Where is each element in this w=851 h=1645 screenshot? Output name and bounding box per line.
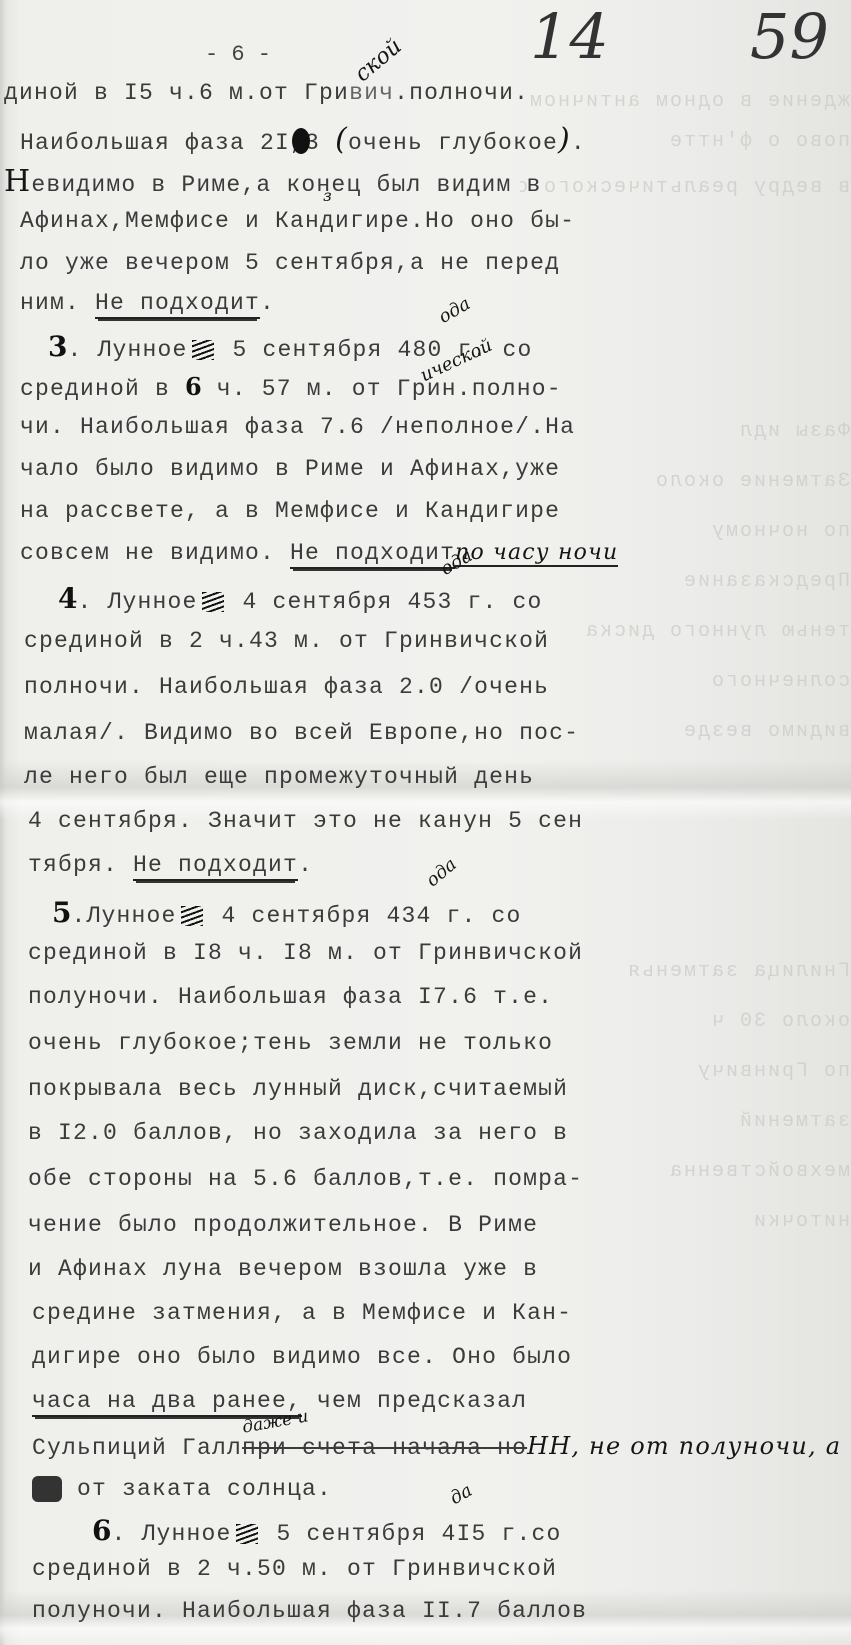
text-line: срединой в I8 ч. I8 м. от Гринвичской xyxy=(28,940,583,966)
text-line: ле него был еще промежуточный день xyxy=(24,764,534,790)
strikeout-scribble xyxy=(236,1524,258,1544)
text-line: очень глубокое;тень земли не только xyxy=(28,1030,553,1056)
bleed-through-text: затмений xyxy=(520,1110,850,1133)
text-line: дигире оно было видимо все. Оно было xyxy=(32,1344,572,1370)
text-line: ни от заката солнца. xyxy=(32,1476,332,1502)
text-line: чало было видимо в Риме и Афинах,уже xyxy=(20,456,560,482)
text-line: срединой в 2 ч.50 м. от Гринвичской xyxy=(32,1556,557,1582)
text-line: обе стороны на 5.6 баллов,т.е. помра- xyxy=(28,1166,583,1192)
bleed-through-text: 32 xyxy=(770,300,851,323)
text-line: ло уже вечером 5 сентября,а не перед xyxy=(20,250,560,276)
text-line: 4. Лунное 4 сентября 453 г. со xyxy=(58,582,543,615)
folio-number-handwritten: 14 xyxy=(530,0,609,73)
bleed-through-text: ждение в одном античном труде xyxy=(520,90,850,113)
bleed-through-text: Затмение около xyxy=(520,470,850,493)
text-line: срединой в 2 ч.43 м. от Гринвичской xyxy=(24,628,549,654)
scanned-page: ждение в одном античном труде пово о ф'н… xyxy=(0,0,851,1645)
text-line: полуночи. Наибольшая фаза I7.6 т.е. xyxy=(28,984,553,1010)
underlined-text: Не подходит xyxy=(133,852,298,881)
bleed-through-text: Предсказание xyxy=(520,570,850,593)
bleed-through-text: в ведру реальтического сок xyxy=(520,176,850,199)
text-line: на рассвете, а в Мемфисе и Кандигире xyxy=(20,498,560,524)
bleed-through-text: тенью лунного диска xyxy=(520,620,850,643)
text-line: чение было продолжительное. В Риме xyxy=(28,1212,538,1238)
text-line: 6. Лунное 5 сентября 4I5 г.со xyxy=(92,1514,562,1547)
item-number: 5 xyxy=(52,896,71,929)
handwritten-annotation: з xyxy=(323,186,332,205)
text-line: чи. Наибольшая фаза 7.6 /неполное/.На xyxy=(20,414,575,440)
text-line: срединой в 6 ч. 57 м. от Грин.полно- xyxy=(20,372,562,402)
bleed-through-text: по Гринвичу xyxy=(520,1060,850,1083)
text-line: тября. Не подходит. xyxy=(28,852,313,878)
underlined-text: часа на два ранее, xyxy=(32,1388,302,1417)
text-line: Афинах,Мемфисе и Кандигире.Но оно бы- xyxy=(20,208,575,234)
text-line: диной в I5 ч.6 м.от Гривич.полночи. xyxy=(4,80,529,106)
text-line: малая/. Видимо во всей Европе,но пос- xyxy=(24,720,579,746)
bleed-through-text: ниточки xyxy=(520,1210,850,1233)
text-line: Невидимо в Риме,а конец был видим в xyxy=(4,164,541,199)
text-line: ним. Не подходит. xyxy=(20,290,275,316)
underlined-text: Не подходит xyxy=(95,290,260,319)
strikeout-scribble xyxy=(181,906,203,926)
ink-blot xyxy=(292,128,310,154)
item-number: 3 xyxy=(48,330,67,363)
strikeout-scribble xyxy=(192,340,214,360)
text-line: совсем не видимо. Не подходитпо часу ноч… xyxy=(20,540,618,566)
text-line: Сульпиций Галлпри счета начала ноНН, не … xyxy=(32,1432,841,1461)
handwritten-annotation: да xyxy=(446,1480,476,1509)
bleed-through-text: около 30 ч xyxy=(520,1010,850,1033)
page-number: - 6 - xyxy=(205,42,271,67)
text-line: полуночи. Наибольшая фаза II.7 баллов xyxy=(32,1598,587,1624)
bleed-through-text: солнечного xyxy=(520,670,850,693)
bleed-through-text: 22 xyxy=(760,260,851,283)
text-line: 4 сентября. Значит это не канун 5 сен xyxy=(28,808,583,834)
text-line: полночи. Наибольшая фаза 2.0 /очень xyxy=(24,674,549,700)
handwritten-annotation: ода xyxy=(435,293,474,328)
item-number: 4 xyxy=(58,582,77,615)
item-number: 6 xyxy=(92,1514,111,1547)
handwritten-annotation: ода xyxy=(422,854,461,891)
text-line: покрывала весь лунный диск,считаемый xyxy=(28,1076,568,1102)
folio-number-handwritten: 59 xyxy=(750,0,829,73)
strikeout-scribble xyxy=(202,592,224,612)
text-line: в I2.0 баллов, но заходила за него в xyxy=(28,1120,568,1146)
text-line: 5.Лунное 4 сентября 434 г. со xyxy=(52,896,522,929)
text-line: и Афинах луна вечером взошла уже в xyxy=(28,1256,538,1282)
underlined-text: Не подходит xyxy=(290,540,455,569)
text-line: средине затмения, а в Мемфисе и Кан- xyxy=(32,1300,572,1326)
